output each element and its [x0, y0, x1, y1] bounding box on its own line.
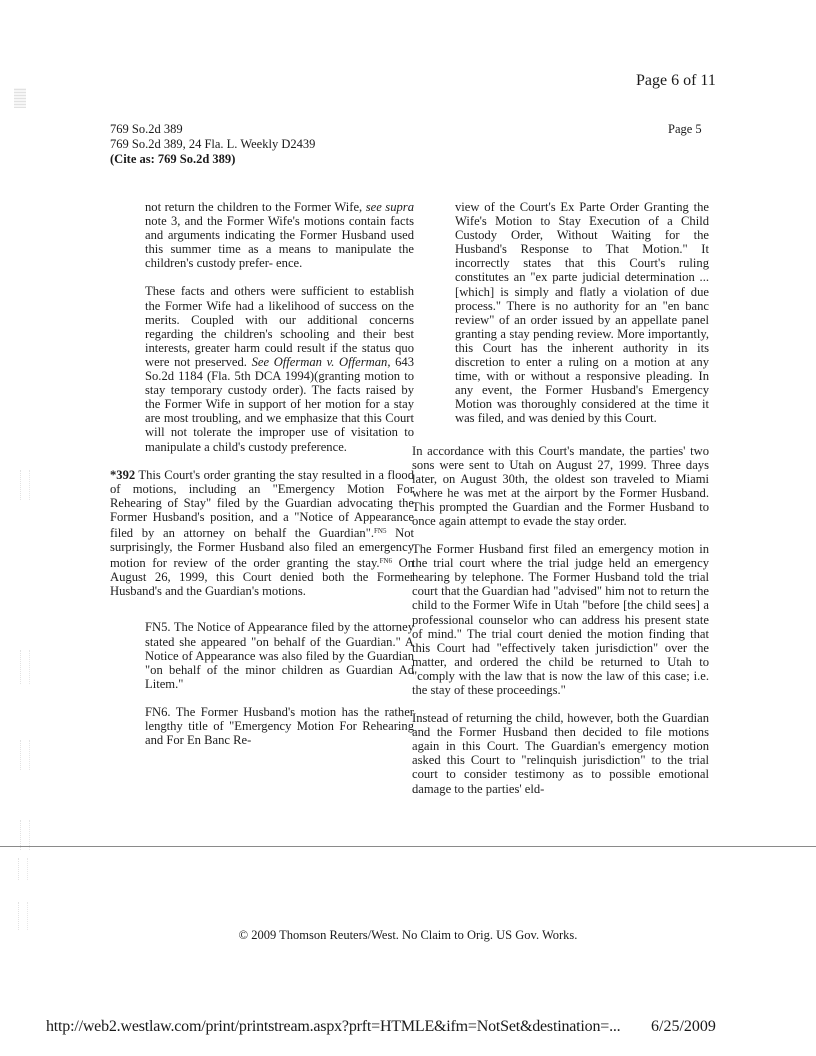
page-label: Page 5: [668, 122, 702, 137]
print-url[interactable]: http://web2.westlaw.com/print/printstrea…: [46, 1018, 620, 1036]
margin-mark: [20, 740, 30, 770]
footnote-ref-fn6[interactable]: FN6: [380, 557, 392, 565]
footnote-fn6-continued: view of the Court's Ex Parte Order Grant…: [455, 200, 709, 426]
citation-block: 769 So.2d 389 769 So.2d 389, 24 Fla. L. …: [110, 122, 315, 167]
cite-as-suffix: ): [231, 152, 235, 166]
body-paragraph: Instead of returning the child, however,…: [412, 711, 709, 796]
page-counter: Page 6 of 11: [636, 72, 716, 90]
footnote-fn5: FN5. The Notice of Appearance filed by t…: [145, 620, 414, 690]
copyright-notice: © 2009 Thomson Reuters/West. No Claim to…: [0, 928, 816, 943]
text: not return the children to the Former Wi…: [145, 200, 366, 214]
block-quote-paragraph: These facts and others were sufficient t…: [145, 284, 414, 453]
cite-as: (Cite as: 769 So.2d 389): [110, 152, 315, 167]
text: note 3, and the Former Wife's motions co…: [145, 214, 414, 270]
page-divider: [0, 846, 816, 847]
text: This Court's order granting the stay res…: [110, 468, 414, 540]
footnote-ref-fn5[interactable]: FN5: [374, 527, 386, 535]
body-paragraph: *392 This Court's order granting the sta…: [110, 468, 414, 599]
margin-mark: [20, 470, 30, 500]
block-quote-paragraph: not return the children to the Former Wi…: [145, 200, 414, 270]
star-page-marker: *392: [110, 468, 135, 482]
footnote-fn6: FN6. The Former Husband's motion has the…: [145, 705, 414, 747]
print-date: 6/25/2009: [651, 1018, 716, 1036]
body-paragraph: The Former Husband first filed an emerge…: [412, 542, 709, 697]
right-column: view of the Court's Ex Parte Order Grant…: [412, 200, 709, 810]
margin-mark: [20, 650, 30, 684]
body-paragraph: In accordance with this Court's mandate,…: [412, 444, 709, 529]
margin-mark: [18, 902, 28, 930]
citation-line: 769 So.2d 389: [110, 122, 315, 137]
cite-as-prefix: (Cite as:: [110, 152, 158, 166]
margin-mark: [18, 858, 28, 880]
left-column: not return the children to the Former Wi…: [110, 200, 414, 761]
citation-line: 769 So.2d 389, 24 Fla. L. Weekly D2439: [110, 137, 315, 152]
cite-as-value: 769 So.2d 389: [158, 152, 231, 166]
case-citation-link[interactable]: See Offerman v. Offerman,: [252, 355, 391, 369]
italic-citation: see supra: [366, 200, 414, 214]
text: 643 So.2d 1184 (Fla. 5th DCA 1994)(grant…: [145, 355, 414, 454]
scan-artifact: [14, 88, 26, 108]
